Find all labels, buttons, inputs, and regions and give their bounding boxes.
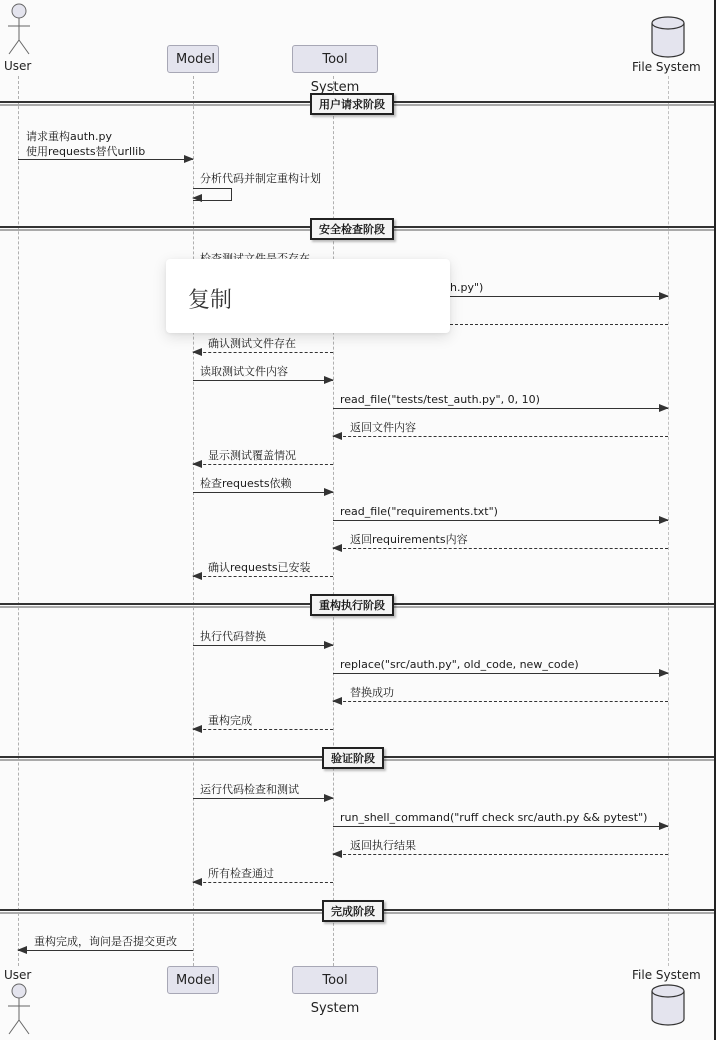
message-label-run-shell-command: run_shell_command("ruff check src/auth.p… [340,811,647,825]
arrow-model-to-user-ask-commit [18,950,193,951]
phase-label-refactor-execution: 重构执行阶段 [310,594,394,616]
arrow-tool-to-model-coverage [193,464,333,465]
message-label-confirm-requests-installed: 确认requests已安装 [208,561,311,575]
message-label-ask-commit: 重构完成，询问是否提交更改 [34,935,177,949]
user-actor-icon [4,2,34,58]
phase-label-security-check: 安全检查阶段 [310,218,394,240]
arrow-file-to-tool-exists-result [450,324,668,325]
message-label-refactor-done: 重构完成 [208,714,252,728]
message-label-replace-call: replace("src/auth.py", old_code, new_cod… [340,658,579,672]
arrow-tool-to-model-confirm-test [193,352,333,353]
arrow-tool-to-file-read-test [333,408,668,409]
lifeline-tool-system [333,76,334,966]
participant-user-top-label: User [4,59,31,73]
message-label-return-requirements: 返回requirements内容 [350,533,468,547]
arrow-file-to-tool-content [333,436,668,437]
arrow-tool-to-file-read-req [333,520,668,521]
arrow-tool-to-file-check-exists [450,296,668,297]
participant-model-bottom: Model [167,966,219,994]
message-label-confirm-test-file: 确认测试文件存在 [208,337,296,351]
message-label-replace-success: 替换成功 [350,686,394,700]
arrow-user-to-model [18,159,193,160]
message-label-show-coverage: 显示测试覆盖情况 [208,449,296,463]
message-label-run-checks: 运行代码检查和测试 [200,783,299,797]
message-label-all-checks-passed: 所有检查通过 [208,867,274,881]
message-label-request-refactor-line2: 使用requests替代urllib [26,145,145,159]
arrow-tool-to-model-installed [193,576,333,577]
arrow-tool-to-model-done [193,729,333,730]
phase-label-user-request: 用户请求阶段 [310,93,394,115]
message-label-request-refactor-line1: 请求重构auth.py [26,130,112,144]
lifeline-user [18,76,19,966]
file-system-database-bottom-icon [651,983,685,1027]
message-label-execute-replace: 执行代码替换 [200,630,266,644]
participant-file-system-bottom-label: File System [632,968,701,982]
participant-file-system-top-label: File System [632,60,701,74]
message-label-read-file-test-auth: read_file("tests/test_auth.py", 0, 10) [340,393,540,407]
arrow-model-to-tool-check-dep [193,492,333,493]
arrow-model-to-tool-replace [193,645,333,646]
lifeline-model [193,76,194,966]
phase-label-verification: 验证阶段 [322,747,384,769]
participant-tool-system-bottom: Tool System [292,966,378,994]
message-label-check-file-exists-call: h.py") [450,281,483,295]
message-label-return-exec-result: 返回执行结果 [350,839,416,853]
copy-context-popup[interactable]: 复制 [166,259,450,333]
arrow-file-to-tool-req [333,548,668,549]
file-system-database-icon [651,15,685,59]
message-label-return-file-content: 返回文件内容 [350,421,416,435]
participant-tool-system-top: Tool System [292,45,378,73]
message-label-read-requirements: read_file("requirements.txt") [340,505,498,519]
message-label-read-test-file: 读取测试文件内容 [200,365,288,379]
arrow-tool-to-file-shell [333,826,668,827]
phase-label-completion: 完成阶段 [322,900,384,922]
arrow-tool-to-model-passed [193,882,333,883]
arrow-file-to-tool-exec-result [333,854,668,855]
message-label-analyze-plan: 分析代码并制定重构计划 [200,172,321,186]
arrow-file-to-tool-replace-ok [333,701,668,702]
user-actor-bottom-icon [4,982,34,1038]
participant-model-top: Model [167,45,219,73]
participant-user-bottom-label: User [4,968,31,982]
message-label-check-requests-dep: 检查requests依赖 [200,477,292,491]
arrow-model-to-tool-run-checks [193,798,333,799]
arrow-tool-to-file-replace [333,673,668,674]
copy-menu-item[interactable]: 复制 [188,283,232,314]
arrow-model-to-tool-read-test [193,380,333,381]
